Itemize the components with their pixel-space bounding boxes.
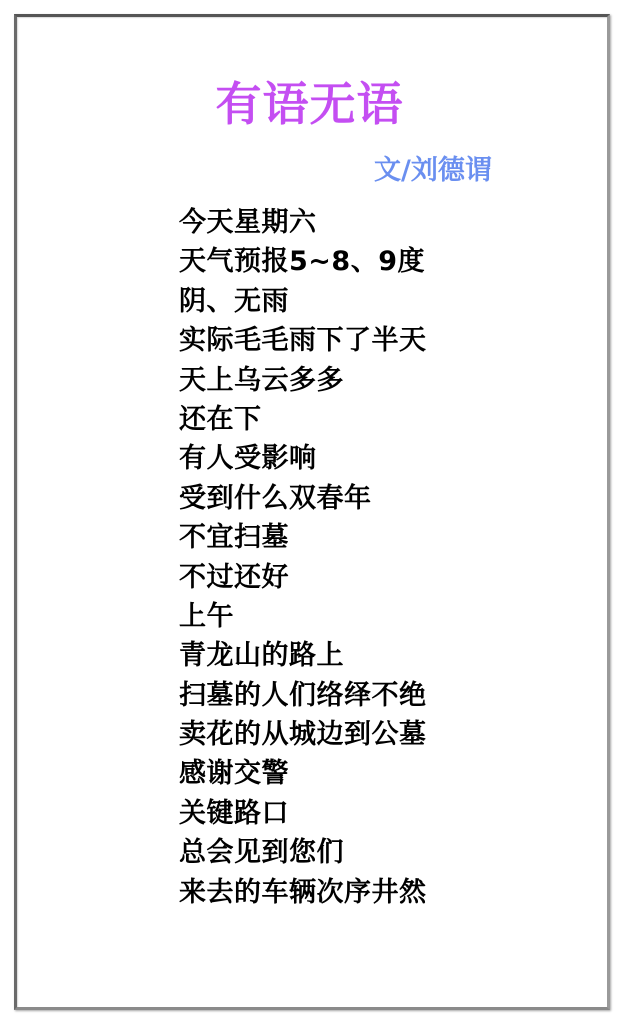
poem-title-text: 有语无语 [216,76,404,132]
poem-line: 不宜扫墓 [179,518,427,557]
poem-author: 文/刘德谓 [374,151,492,191]
poem-line: 实际毛毛雨下了半天 [179,321,427,360]
poem-line: 青龙山的路上 [179,636,427,675]
poem-line: 总会见到您们 [179,833,427,872]
poem-line: 卖花的从城边到公墓 [179,715,427,754]
poem-line: 天上乌云多多 [179,361,427,400]
poem-line: 扫墓的人们络绎不绝 [179,676,427,715]
poem-body: 今天星期六 天气预报5~8、9度 阴、无雨 实际毛毛雨下了半天 天上乌云多多 还… [179,203,427,912]
poem-line: 阴、无雨 [179,282,427,321]
poem-line: 感谢交警 [179,754,427,793]
poem-line: 受到什么双春年 [179,479,427,518]
poem-line: 上午 [179,597,427,636]
poem-line: 今天星期六 [179,203,427,242]
poem-line: 关键路口 [179,794,427,833]
poem-line: 还在下 [179,400,427,439]
poem-line: 来去的车辆次序井然 [179,873,427,912]
poem-line: 有人受影响 [179,439,427,478]
poem-line: 天气预报5~8、9度 [179,242,427,281]
poem-title: 有语无语 [0,76,623,132]
poem-line: 不过还好 [179,558,427,597]
